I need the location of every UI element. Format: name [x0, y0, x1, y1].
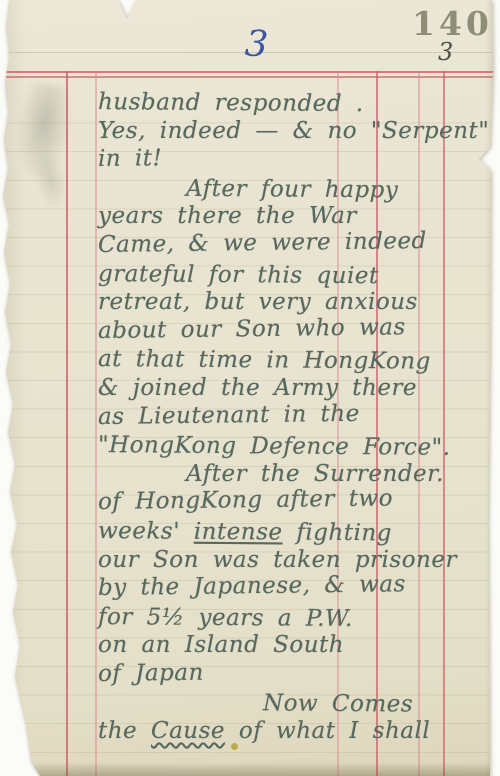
manuscript-line: for 5½ years a P.W.	[98, 603, 493, 635]
margin-line-left-outer	[66, 71, 68, 776]
manuscript-line: as Lieutenant in the	[98, 398, 493, 431]
manuscript-line: After four happy	[98, 174, 493, 206]
manuscript-line: about our Son who was	[98, 312, 493, 345]
scanned-page: 140 3 3 husband responded .Yes, indeed —…	[0, 0, 500, 776]
right-edge-shadow	[485, 0, 494, 776]
manuscript-line: grateful for this quiet	[98, 260, 493, 292]
torn-ledger-paper: 140 3 3 husband responded .Yes, indeed —…	[0, 0, 500, 776]
manuscript-line: Now Comes	[98, 688, 493, 720]
header-red-rule-bottom	[0, 76, 500, 78]
left-edge-shadow	[0, 0, 26, 776]
underlined-word: intense	[194, 519, 283, 546]
handwritten-text: husband responded .Yes, indeed — & no "S…	[98, 88, 493, 746]
underlined-word: Cause	[151, 718, 225, 744]
ink-blot	[231, 743, 238, 750]
paper-wrap: 140 3 3 husband responded .Yes, indeed —…	[0, 0, 500, 776]
manuscript-line: of Japan	[98, 655, 493, 688]
header-red-rule-top	[0, 71, 500, 73]
manuscript-line: husband responded .	[98, 88, 493, 120]
manuscript-line: by the Japanese, & was	[98, 569, 493, 602]
pencil-page-number: 3	[438, 38, 453, 66]
manuscript-line: weeks' intense fighting	[98, 517, 493, 549]
bottom-edge-shadow	[0, 762, 500, 776]
manuscript-line: at that time in HongKong	[98, 345, 493, 377]
margin-line-left-inner	[95, 71, 97, 776]
manuscript-line: of HongKong after two	[98, 483, 493, 516]
blue-ink-page-number: 3	[244, 23, 270, 65]
manuscript-line: in it!	[98, 140, 493, 173]
manuscript-line: Came, & we were indeed	[98, 226, 493, 259]
manuscript-line: "HongKong Defence Force".	[98, 431, 493, 463]
manuscript-line: the Cause of what I shall	[98, 717, 493, 746]
